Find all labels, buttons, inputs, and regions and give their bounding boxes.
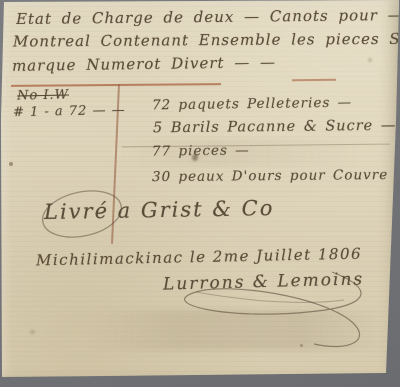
signature: Lurrons & Lemoins <box>163 269 365 294</box>
shipping-mark: No I.W <box>17 88 69 104</box>
delivery-line: Livré a Grist & Co <box>44 196 275 224</box>
manuscript-paper: Etat de Charge de deux — Canots pour — M… <box>0 0 400 387</box>
bleed-through-ghost-text <box>90 310 390 350</box>
foxing-spot <box>368 58 372 62</box>
foxing-spot <box>30 330 35 334</box>
dateline: Michilimackinac le 2me Juillet 1806 <box>36 245 362 270</box>
foxing-spot <box>300 344 303 347</box>
header-line-1: Etat de Charge de deux — Canots pour — <box>16 6 400 28</box>
scanned-document: Etat de Charge de deux — Canots pour — M… <box>0 0 400 387</box>
cargo-item: 77 pieces — <box>152 142 250 159</box>
package-numbering: # 1 - a 72 — — <box>13 103 126 120</box>
horizontal-rule-red-segment <box>292 79 336 81</box>
foxing-spot <box>9 162 13 166</box>
cargo-item: 72 paquets Pelleteries — <box>152 95 352 114</box>
header-line-2: Montreal Contenant Ensemble les pieces S… <box>13 30 400 51</box>
header-line-3: marque Numerot Divert — — <box>12 53 276 75</box>
signature-flourish-secondary <box>196 292 344 302</box>
horizontal-rule-red <box>11 83 221 87</box>
cargo-item: 5 Barils Pacanne & Sucre — <box>153 118 396 137</box>
cargo-item: 30 peaux D'ours pour Couvre — <box>152 167 400 185</box>
